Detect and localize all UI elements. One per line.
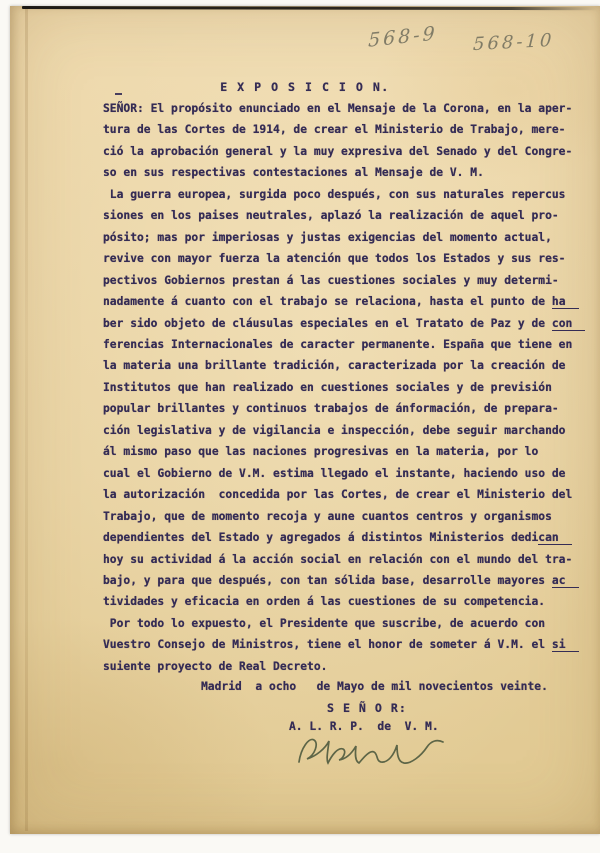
underlined-syllable: ha [552, 295, 579, 309]
document-line: la materia una brillante tradición, cara… [103, 355, 585, 376]
document-line: bajo, y para que después, con tan sólida… [103, 570, 585, 591]
line-text: nadamente á cuanto con el trabajo se rel… [103, 295, 552, 308]
document-line: La guerra europea, surgida poco después,… [103, 184, 585, 205]
line-text: suiente proyecto de Real Decreto. [103, 660, 327, 673]
line-text: la autorización concedida por las Cortes… [103, 488, 572, 501]
pencil-annotation-right: 568-10 [473, 30, 555, 55]
paper-sheet: 568-9 568-10 E X P O S I C I O N. SEÑOR:… [10, 6, 600, 834]
document-line: la autorización concedida por las Cortes… [103, 484, 585, 505]
document-line: pósito; mas por imperiosas y justas exig… [103, 227, 585, 248]
document-line: popular brillantes y continuos trabajos … [103, 398, 585, 419]
document-heading: E X P O S I C I O N. [10, 80, 600, 94]
handwritten-signature [293, 732, 453, 776]
line-text: pectivos Gobiernos prestan á las cuestio… [103, 274, 559, 287]
document-line: ció la aprobación general y la muy expre… [103, 141, 585, 162]
document-line: ál mismo paso que las naciones progresiv… [103, 441, 585, 462]
line-text: La guerra europea, surgida poco después,… [103, 188, 566, 201]
line-text: Trabajo, que de momento recoja y aune cu… [103, 510, 552, 523]
document-line: revive con mayor fuerza la atención que … [103, 248, 585, 269]
document-line: siones en los paises neutrales, aplazó l… [103, 205, 585, 226]
line-text: ber sido objeto de cláusulas especiales … [103, 317, 552, 330]
line-text: tura de las Cortes de 1914, de crear el … [103, 123, 566, 136]
document-line: Institutos que han realizado en cuestion… [103, 377, 585, 398]
scanned-document-background: 568-9 568-10 E X P O S I C I O N. SEÑOR:… [0, 0, 600, 853]
signature-stroke [299, 740, 443, 764]
document-line: cual el Gobierno de V.M. estima llegado … [103, 463, 585, 484]
line-text: so en sus respectivas contestaciones al … [103, 166, 484, 179]
line-text: ferencias Internacionales de caracter pe… [103, 338, 572, 351]
document-line: so en sus respectivas contestaciones al … [103, 162, 585, 183]
line-text: SEÑOR: El propósito enunciado en el Mens… [103, 102, 572, 115]
line-text: cual el Gobierno de V.M. estima llegado … [103, 467, 566, 480]
underlined-syllable: ac [552, 574, 579, 588]
closing-salutation: S E Ñ O R: [327, 701, 407, 715]
document-line: suiente proyecto de Real Decreto. [103, 656, 585, 677]
underlined-syllable: si [552, 638, 579, 652]
typed-tilde-mark [115, 93, 122, 95]
line-text: Institutos que han realizado en cuestion… [103, 381, 552, 394]
document-line: hoy su actividad á la acción social en r… [103, 549, 585, 570]
pencil-annotation-left: 568-9 [368, 22, 438, 51]
line-text: la materia una brillante tradición, cara… [103, 359, 566, 372]
document-line: tividades y eficacia en orden á las cues… [103, 591, 585, 612]
underlined-syllable: con [552, 317, 585, 331]
document-line: dependientes del Estado y agregados á di… [103, 527, 585, 548]
line-text: tividades y eficacia en orden á las cues… [103, 595, 545, 608]
document-line: nadamente á cuanto con el trabajo se rel… [103, 291, 585, 312]
document-line: Por todo lo expuesto, el Presidente que … [103, 613, 585, 634]
line-text: Por todo lo expuesto, el Presidente que … [103, 617, 545, 630]
line-text: ció la aprobación general y la muy expre… [103, 145, 572, 158]
line-text: ción legislativa y de vigilancia e inspe… [103, 424, 566, 437]
line-text: revive con mayor fuerza la atención que … [103, 252, 566, 265]
line-text: siones en los paises neutrales, aplazó l… [103, 209, 559, 222]
line-text: bajo, y para que después, con tan sólida… [103, 574, 552, 587]
scan-edge-line [22, 6, 598, 10]
paper-fold-line [25, 9, 28, 831]
document-line: SEÑOR: El propósito enunciado en el Mens… [103, 98, 585, 119]
document-line: ber sido objeto de cláusulas especiales … [103, 313, 585, 334]
line-text: pósito; mas por imperiosas y justas exig… [103, 231, 552, 244]
line-text: dependientes del Estado y agregados á di… [103, 531, 538, 544]
document-line: Trabajo, que de momento recoja y aune cu… [103, 506, 585, 527]
line-text: ál mismo paso que las naciones progresiv… [103, 445, 538, 458]
document-line: ferencias Internacionales de caracter pe… [103, 334, 585, 355]
document-body: SEÑOR: El propósito enunciado en el Mens… [103, 98, 585, 677]
underlined-syllable: can [538, 531, 571, 545]
document-line: ción legislativa y de vigilancia e inspe… [103, 420, 585, 441]
document-line: tura de las Cortes de 1914, de crear el … [103, 119, 585, 140]
line-text: Vuestro Consejo de Ministros, tiene el h… [103, 638, 552, 651]
line-text: hoy su actividad á la acción social en r… [103, 553, 572, 566]
document-line: Vuestro Consejo de Ministros, tiene el h… [103, 634, 585, 655]
date-line: Madrid a ocho de Mayo de mil novecientos… [201, 680, 548, 693]
line-text: popular brillantes y continuos trabajos … [103, 402, 559, 415]
document-line: pectivos Gobiernos prestan á las cuestio… [103, 270, 585, 291]
